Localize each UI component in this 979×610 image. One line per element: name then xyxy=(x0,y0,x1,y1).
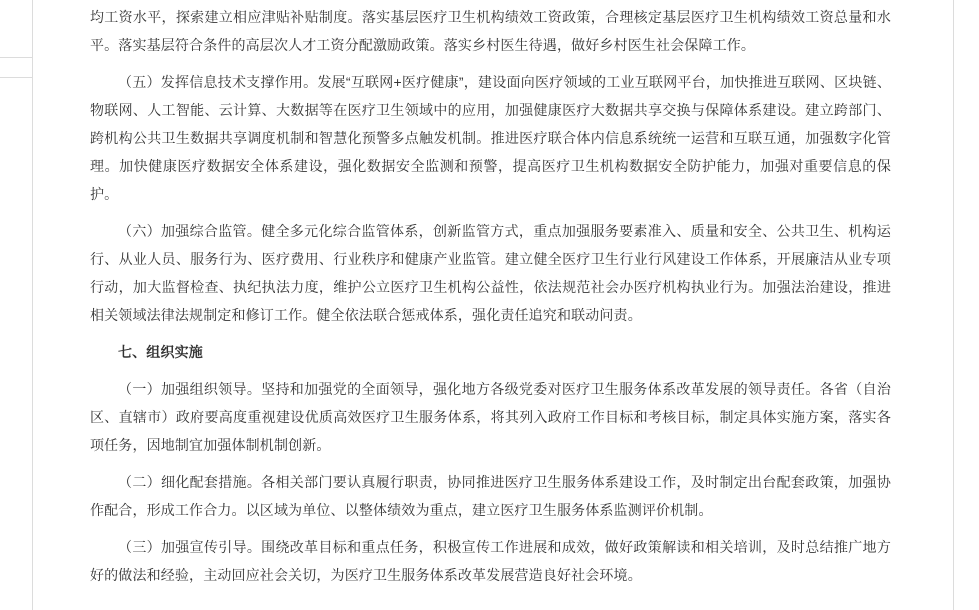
paragraph-org-3-publicity-guidance: （三）加强宣传引导。围绕改革目标和重点任务，积极宣传工作进展和成效，做好政策解读… xyxy=(90,533,891,589)
paragraph-item-5-information-technology: （五）发挥信息技术支撑作用。发展“互联网+医疗健康”，建设面向医疗领域的工业互联… xyxy=(90,68,891,208)
paragraph-org-2-supporting-measures: （二）细化配套措施。各相关部门要认真履行职责，协同推进医疗卫生服务体系建设工作，… xyxy=(90,468,891,524)
paragraph-wage-policy-continuation: 均工资水平，探索建立相应津贴补贴制度。落实基层医疗卫生机构绩效工资政策，合理核定… xyxy=(90,3,891,59)
left-gutter-divider-bottom xyxy=(0,77,32,78)
paragraph-item-6-comprehensive-supervision: （六）加强综合监管。健全多元化综合监管体系，创新监管方式，重点加强服务要素准入、… xyxy=(90,217,891,329)
left-gutter-divider-top xyxy=(0,57,32,58)
section-heading-organization-implementation: 七、组织实施 xyxy=(90,338,891,366)
document-page: { "page": { "background_color": "#ffffff… xyxy=(0,0,979,610)
paragraph-org-1-leadership: （一）加强组织领导。坚持和加强党的全面领导，强化地方各级党委对医疗卫生服务体系改… xyxy=(90,375,891,459)
article-content: 均工资水平，探索建立相应津贴补贴制度。落实基层医疗卫生机构绩效工资政策，合理核定… xyxy=(32,0,954,610)
